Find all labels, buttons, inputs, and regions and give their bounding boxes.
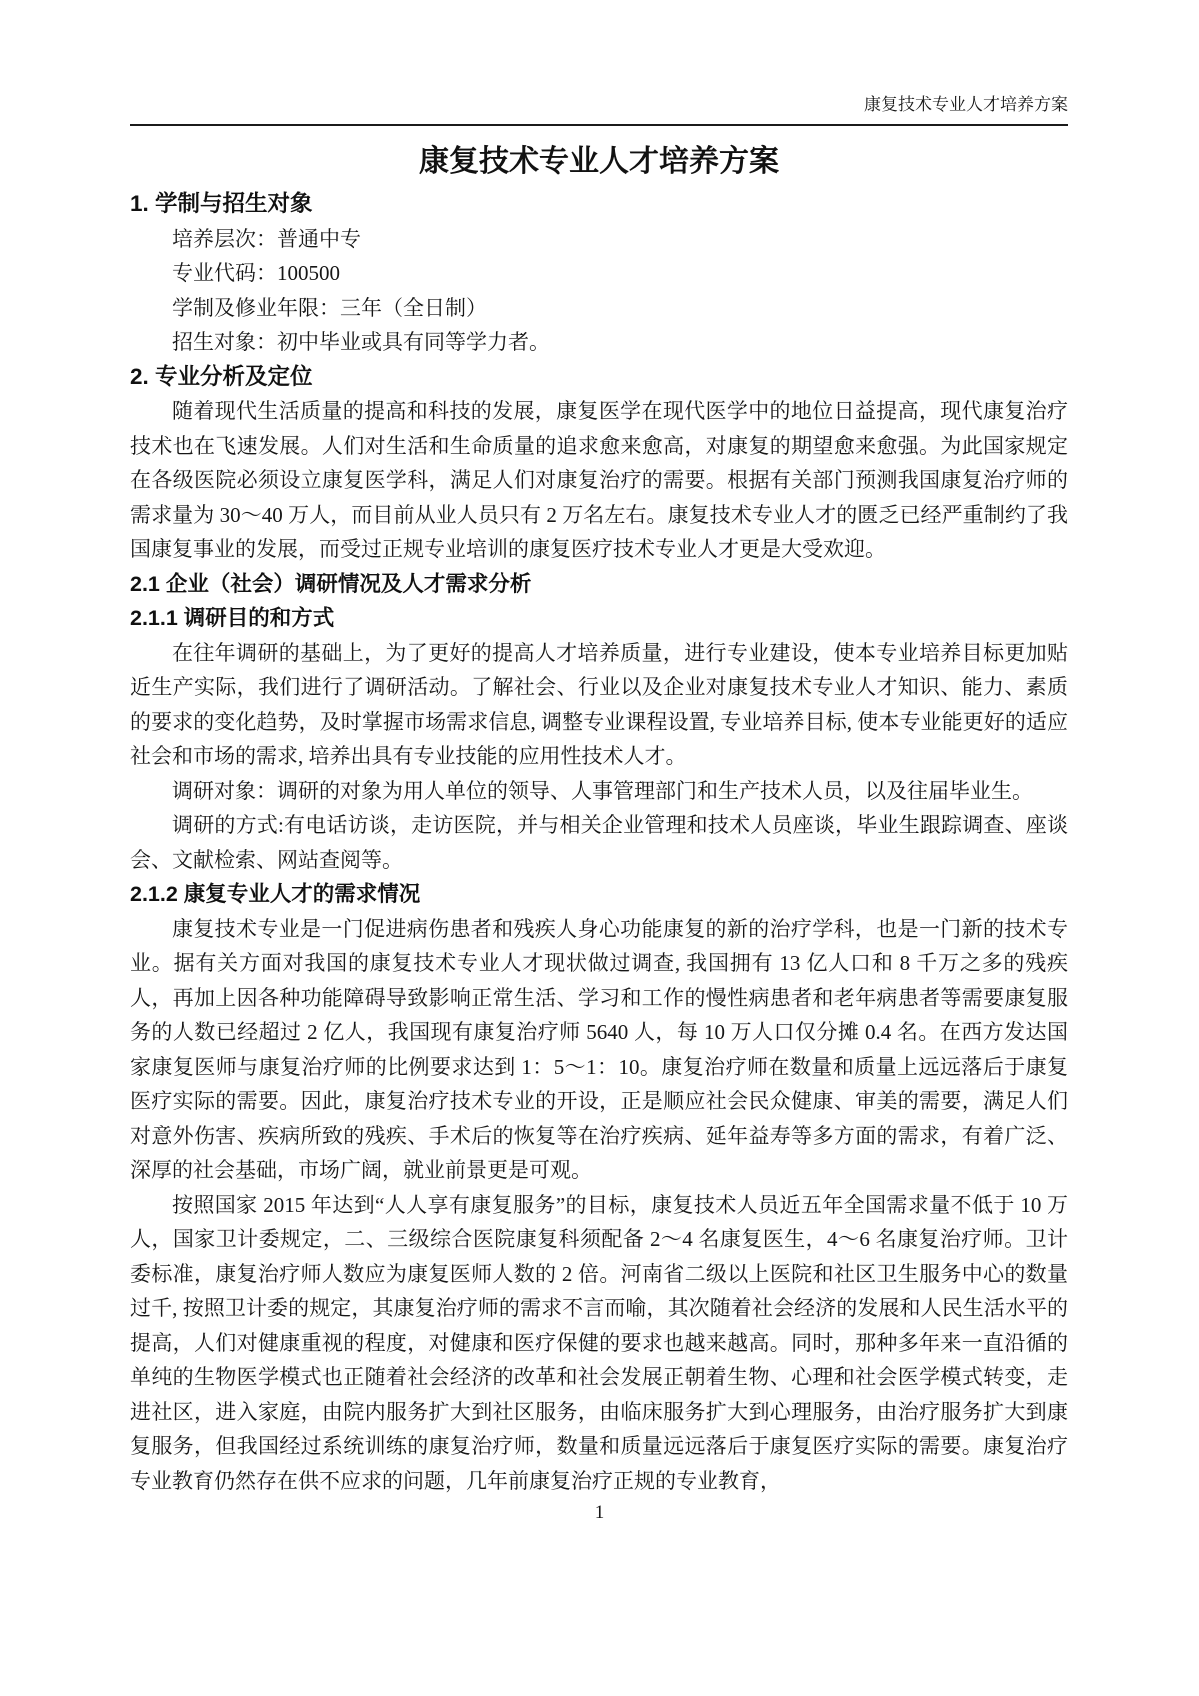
running-header-text: 康复技术专业人才培养方案 [864,95,1068,114]
para-survey-purpose: 在往年调研的基础上，为了更好的提高人才培养质量，进行专业建设，使本专业培养目标更… [130,636,1068,774]
para-survey-methods: 调研的方式:有电话访谈，走访医院，并与相关企业管理和技术人员座谈，毕业生跟踪调查… [130,808,1068,877]
heading-schooling-enrollment: 1. 学制与招生对象 [130,187,1068,222]
heading-survey-and-demand: 2.1 企业（社会）调研情况及人才需求分析 [130,567,1068,602]
line-study-duration: 学制及修业年限：三年（全日制） [130,291,1068,326]
document-page: 康复技术专业人才培养方案 康复技术专业人才培养方案 1. 学制与招生对象 培养层… [0,0,1199,1696]
page-footer: 1 [0,1500,1199,1526]
heading-survey-purpose-method: 2.1.1 调研目的和方式 [130,601,1068,636]
heading-talent-demand: 2.1.2 康复专业人才的需求情况 [130,877,1068,912]
page-title: 康复技术专业人才培养方案 [130,142,1068,182]
page-number: 1 [595,1502,605,1523]
para-survey-subjects: 调研对象：调研的对象为用人单位的领导、人事管理部门和生产技术人员，以及往届毕业生… [130,774,1068,809]
line-enrollment-target: 招生对象：初中毕业或具有同等学力者。 [130,325,1068,360]
para-national-policy-demand: 按照国家 2015 年达到“人人享有康复服务”的目标，康复技术人员近五年全国需求… [130,1188,1068,1499]
heading-major-analysis: 2. 专业分析及定位 [130,360,1068,395]
page-header: 康复技术专业人才培养方案 [130,0,1068,126]
line-major-code: 专业代码：100500 [130,256,1068,291]
para-talent-demand-analysis: 康复技术专业是一门促进病伤患者和残疾人身心功能康复的新的治疗学科，也是一门新的技… [130,912,1068,1188]
para-industry-background: 随着现代生活质量的提高和科技的发展，康复医学在现代医学中的地位日益提高，现代康复… [130,394,1068,567]
document-body: 1. 学制与招生对象 培养层次：普通中专 专业代码：100500 学制及修业年限… [130,187,1068,1498]
line-training-level: 培养层次：普通中专 [130,222,1068,257]
